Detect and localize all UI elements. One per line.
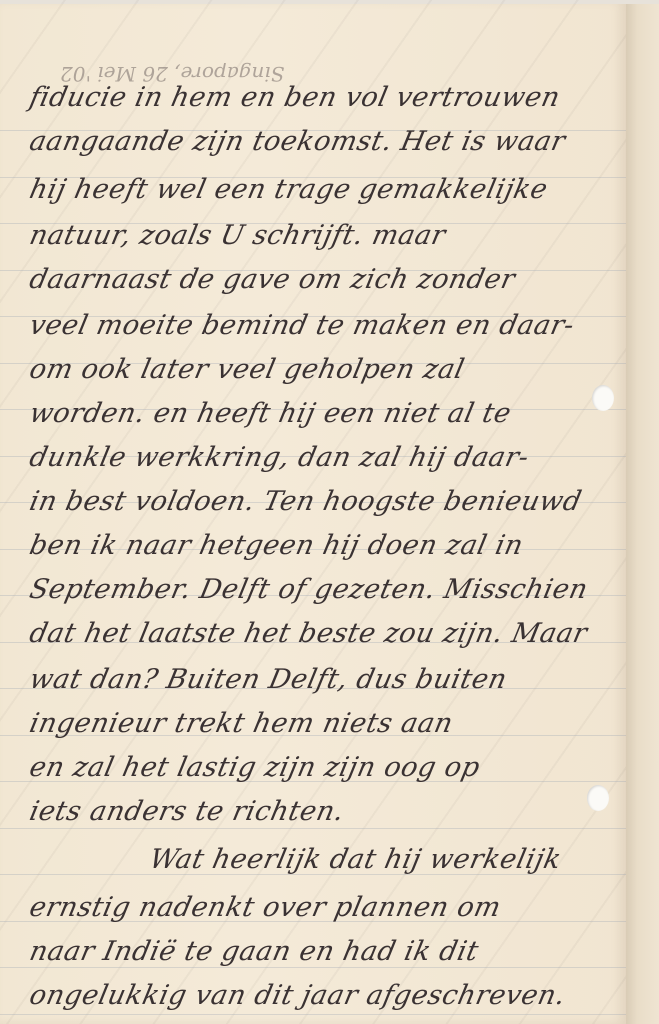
text-line: daarnaast de gave om zich zonder (27, 264, 518, 295)
text-line: natuur, zoals U schrijft. maar (27, 220, 449, 251)
text-line: wat dan? Buiten Delft, dus buiten (27, 664, 510, 695)
underlying-page-edge (626, 0, 659, 1024)
text-line: veel moeite bemind te maken en daar- (27, 310, 578, 341)
text-line: September. Delft of gezeten. Misschien (27, 574, 591, 605)
text-line: dunkle werkkring, dan zal hij daar- (27, 442, 532, 473)
rule-line (0, 828, 626, 829)
text-line: en zal het lastig zijn zijn oog op (27, 752, 483, 783)
text-line: dat het laatste het beste zou zijn. Maar (27, 618, 590, 649)
text-line: ben ik naar hetgeen hij doen zal in (27, 530, 526, 561)
punch-hole-upper (592, 385, 614, 411)
text-line: hij heeft wel een trage gemakkelijke (27, 174, 551, 205)
text-line: ernstig nadenkt over plannen om (27, 892, 504, 923)
text-line: ingenieur trekt hem niets aan (27, 708, 456, 739)
text-line: naar Indië te gaan en had ik dit (27, 936, 482, 967)
text-line: fiducie in hem en ben vol vertrouwen (27, 82, 563, 113)
rule-line (0, 1014, 626, 1015)
text-line: om ook later veel geholpen zal (27, 354, 468, 385)
text-line: in best voldoen. Ten hoogste benieuwd (27, 486, 585, 517)
rule-line (0, 967, 626, 968)
text-line: aangaande zijn toekomst. Het is waar (27, 126, 569, 157)
text-line: worden. en heeft hij een niet al te (27, 398, 514, 429)
text-line: ongelukkig van dit jaar afgeschreven. (27, 980, 569, 1011)
punch-hole-lower (587, 785, 609, 811)
text-line-indented: Wat heerlijk dat hij werkelijk (147, 844, 564, 875)
text-line: iets anders te richten. (27, 796, 347, 827)
